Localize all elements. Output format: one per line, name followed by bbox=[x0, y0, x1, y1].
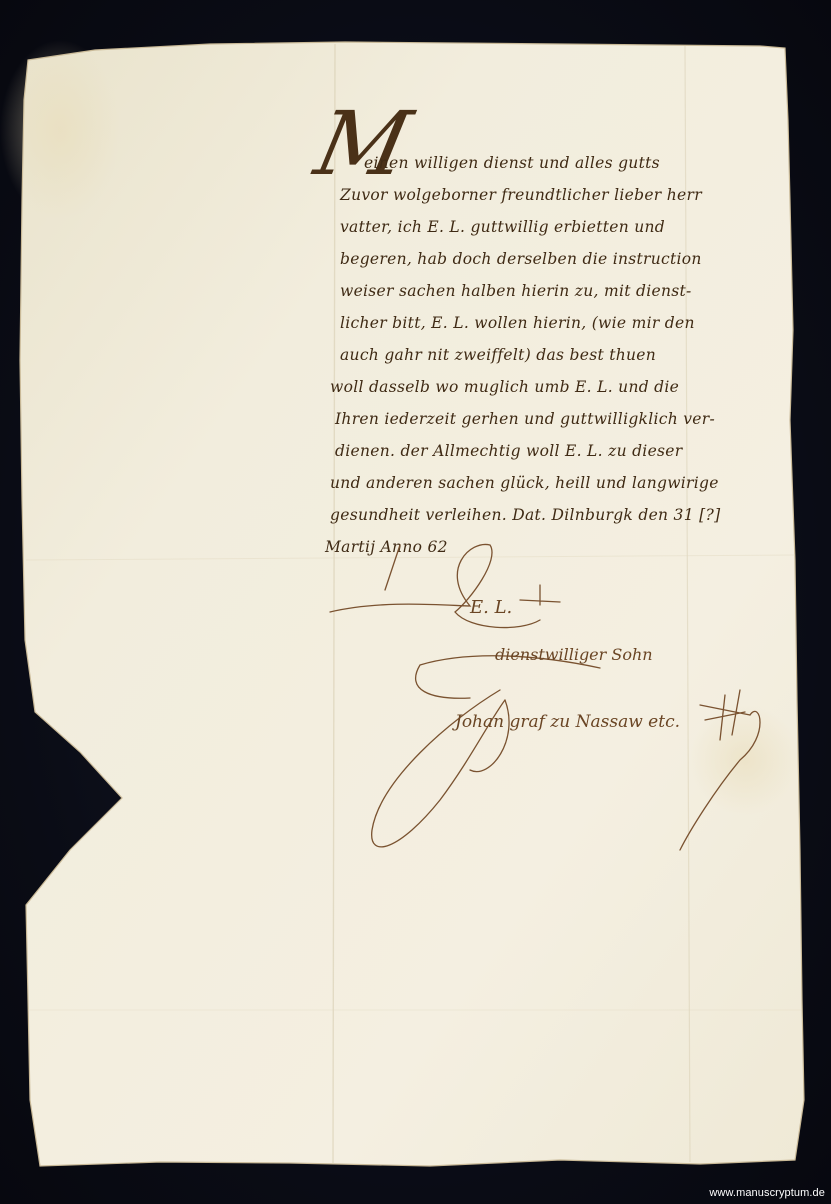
body-line: weiser sachen halben hierin zu, mit dien… bbox=[340, 282, 692, 300]
body-line: begeren, hab doch derselben die instruct… bbox=[340, 250, 702, 268]
paper-shape bbox=[0, 0, 831, 1204]
body-line: Zuvor wolgeborner freundtlicher lieber h… bbox=[340, 186, 702, 204]
letter-paper bbox=[0, 0, 831, 1204]
body-line: Ihren iederzeit gerhen und guttwilligkli… bbox=[335, 410, 715, 428]
watermark-text: www.manuscryptum.de bbox=[709, 1187, 825, 1199]
closing-line: dienstwilliger Sohn bbox=[495, 645, 653, 664]
body-line: dienen. der Allmechtig woll E. L. zu die… bbox=[335, 442, 682, 460]
body-line: woll dasselb wo muglich umb E. L. und di… bbox=[330, 378, 679, 396]
body-line: Martij Anno 62 bbox=[325, 538, 448, 556]
body-line: licher bitt, E. L. wollen hierin, (wie m… bbox=[340, 314, 695, 332]
body-line: und anderen sachen glück, heill und lang… bbox=[330, 474, 719, 492]
decorative-initial: M bbox=[309, 100, 418, 188]
body-line: vatter, ich E. L. guttwillig erbietten u… bbox=[340, 218, 665, 236]
body-line: einen willigen dienst und alles gutts bbox=[364, 154, 660, 172]
body-line: gesundheit verleihen. Dat. Dilnburgk den… bbox=[330, 506, 720, 524]
closing-abbrev: E. L. bbox=[470, 597, 512, 618]
signature: Johan graf zu Nassaw etc. bbox=[455, 712, 680, 732]
body-line: auch gahr nit zweiffelt) das best thuen bbox=[340, 346, 656, 364]
